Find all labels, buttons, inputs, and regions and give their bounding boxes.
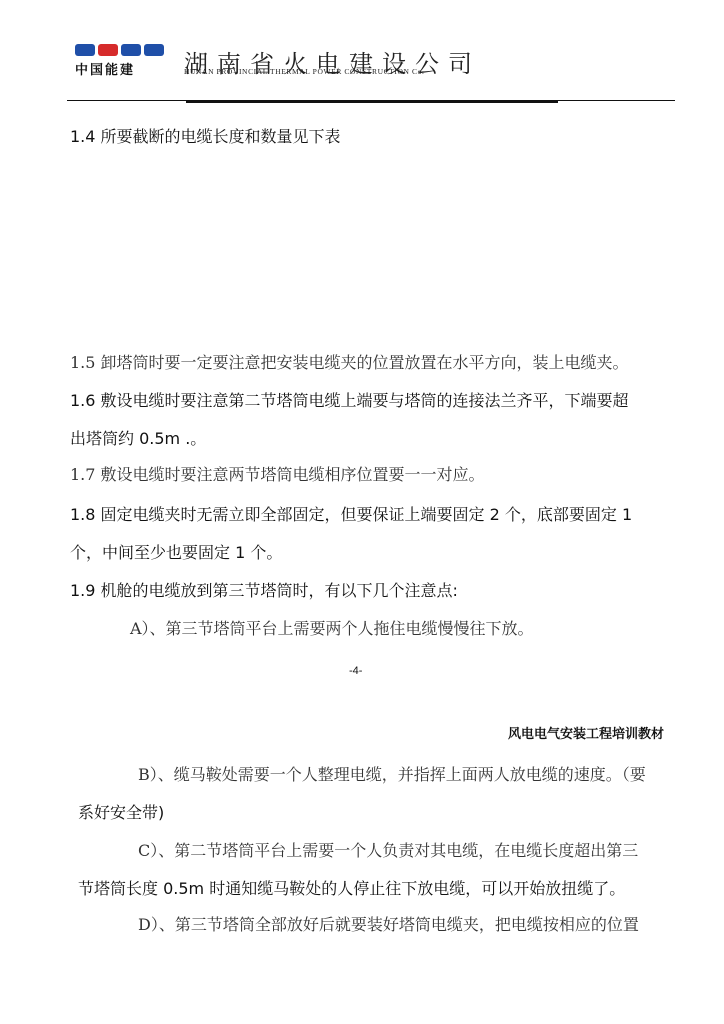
section-1-7: 1.7 敷设电缆时要注意两节塔筒电缆相序位置要一一对应。 — [70, 462, 485, 485]
section-1-6-cont: 出塔筒约 0.5m .。 — [70, 426, 206, 449]
logo-letter-c2 — [144, 44, 164, 56]
section-1-5: 1.5 卸塔筒时要一定要注意把安装电缆夹的位置放置在水平方向，装上电缆夹。 — [70, 350, 629, 373]
logo-cn-name: 中国能建 — [75, 59, 170, 78]
logo-letter-e — [98, 44, 118, 56]
section-1-4: 1.4 所要截断的电缆长度和数量见下表 — [70, 124, 341, 147]
section-1-8-cont: 个，中间至少也要固定 1 个。 — [70, 540, 282, 563]
logo-letter-e2 — [121, 44, 141, 56]
page-number: -4- — [349, 665, 362, 677]
running-head: 风电电气安装工程培训教材 — [508, 723, 664, 742]
item-d: D）、第三节塔筒全部放好后就要装好塔筒电缆夹，把电缆按相应的位置 — [138, 912, 639, 935]
section-1-9: 1.9 机舱的电缆放到第三节塔筒时，有以下几个注意点: — [70, 578, 458, 601]
header-divider-thick — [186, 100, 558, 103]
ceec-logo-mark — [75, 44, 170, 56]
item-b: B）、缆马鞍处需要一个人整理电缆，并指挥上面两人放电缆的速度。（要 — [138, 762, 646, 785]
section-1-6: 1.6 敷设电缆时要注意第二节塔筒电缆上端要与塔筒的连接法兰齐平，下端要超 — [70, 388, 629, 411]
item-a: A）、第三节塔筒平台上需要两个人拖住电缆慢慢往下放。 — [130, 616, 534, 639]
item-c-cont: 节塔筒长度 0.5m 时通知缆马鞍处的人停止往下放电缆，可以开始放扭缆了。 — [78, 876, 625, 899]
section-1-8: 1.8 固定电缆夹时无需立即全部固定，但要保证上端要固定 2 个，底部要固定 1 — [70, 502, 632, 525]
company-name-en: HUNAN PROVINCIAL THERMAL POWER CONSTRUCT… — [184, 67, 424, 76]
item-b-cont: 系好安全带) — [78, 800, 164, 823]
company-logo: 中国能建 — [75, 44, 170, 80]
item-c: C）、第二节塔筒平台上需要一个人负责对其电缆，在电缆长度超出第三 — [138, 838, 638, 861]
logo-letter-c — [75, 44, 95, 56]
